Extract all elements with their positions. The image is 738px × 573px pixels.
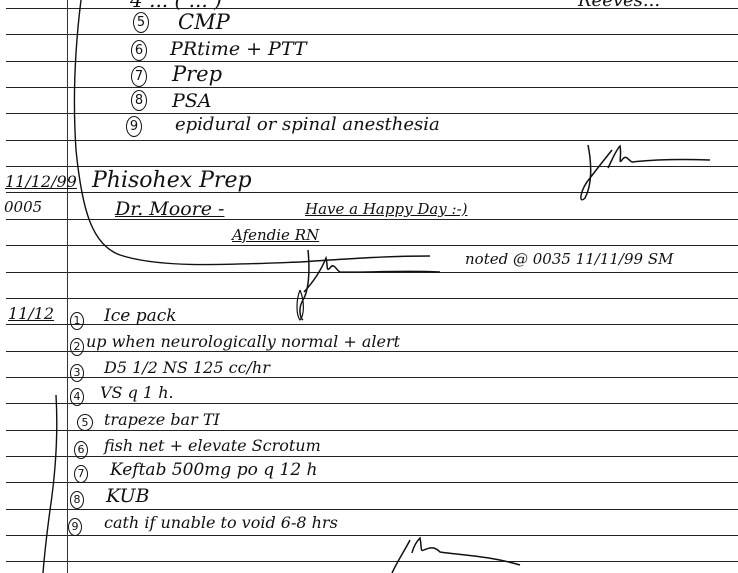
entry-line-2: Dr. Moore - (115, 200, 224, 219)
order-number: 6 (74, 441, 88, 459)
ruled-line (6, 87, 738, 88)
ruled-line (6, 482, 738, 483)
signature-stroke-2 (300, 250, 440, 320)
order-text: up when neurologically normal + alert (86, 334, 400, 350)
order-text: epidural or spinal anesthesia (175, 116, 440, 134)
top-partial-line: 4 ... ( ... ) (130, 0, 222, 10)
entry-line-1: Phisohex Prep (92, 170, 252, 192)
order-text: KUB (106, 487, 150, 506)
order-text: fish net + elevate Scrotum (104, 438, 321, 454)
ruled-line (6, 535, 738, 536)
bracket-loop (297, 290, 303, 320)
order-text: D5 1/2 NS 125 cc/hr (104, 360, 270, 376)
order-number: 5 (77, 414, 93, 431)
order-number: 3 (70, 364, 84, 382)
order-text: cath if unable to void 6-8 hrs (104, 515, 338, 531)
noted-timestamp: noted @ 0035 11/11/99 SM (465, 252, 673, 267)
order-number: 7 (74, 465, 88, 483)
order-number: 1 (70, 312, 84, 330)
greeting-note: Have a Happy Day :-) (305, 202, 468, 217)
ruled-line (6, 140, 738, 141)
order-text: CMP (178, 12, 230, 33)
order-number: 9 (68, 518, 82, 536)
ruled-line (6, 272, 738, 273)
order-text: PSA (172, 92, 212, 111)
bracket-lower (43, 395, 57, 573)
order-number: 2 (70, 338, 84, 356)
ruled-line (6, 61, 738, 62)
order-number: 9 (126, 116, 142, 137)
order-text: PRtime + PTT (170, 40, 307, 59)
ruled-line (6, 34, 738, 35)
order-text: Prep (172, 64, 222, 85)
ruled-line (6, 245, 738, 246)
order-text: Ice pack (104, 308, 177, 325)
signer-name: Afendie RN (232, 228, 319, 243)
ruled-line (6, 298, 738, 299)
entry-time: 0005 (4, 200, 42, 215)
ruled-line (6, 351, 738, 352)
order-number: 5 (133, 12, 149, 33)
ruled-line (6, 403, 738, 404)
order-number: 6 (131, 40, 147, 61)
handwritten-orders-page: 4 ... ( ... ) Reeves... 5 CMP 6 PRtime +… (0, 0, 738, 573)
order-text: trapeze bar TI (104, 412, 220, 428)
entry-date: 11/12/99 (5, 174, 77, 190)
margin-line (67, 0, 68, 573)
ruled-line (6, 430, 738, 431)
order-text: VS q 1 h. (100, 385, 174, 401)
order-text: Keftab 500mg po q 12 h (110, 462, 318, 479)
order-number: 4 (70, 388, 84, 406)
ruled-line (6, 509, 738, 510)
order-number: 8 (70, 491, 84, 509)
top-right-partial: Reeves... (578, 0, 660, 10)
entry-date: 11/12 (8, 306, 54, 322)
order-number: 8 (131, 90, 147, 111)
order-number: 7 (131, 66, 147, 87)
signature-stroke-3 (392, 538, 520, 573)
ruled-line (6, 377, 738, 378)
ruled-line (6, 456, 738, 457)
ruled-line (6, 561, 738, 562)
ruled-line (6, 166, 738, 167)
